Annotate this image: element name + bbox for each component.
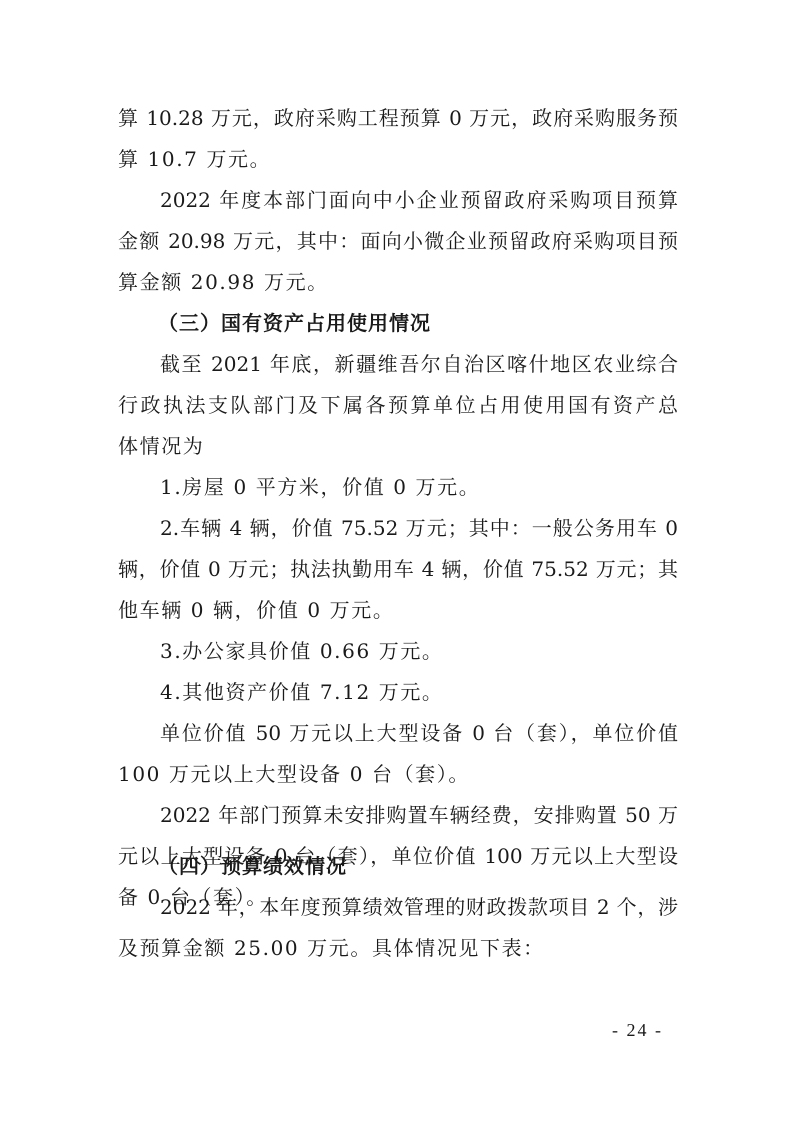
page-number: - 24 - <box>612 1020 663 1041</box>
paragraph-line: 2022 年部门预算未安排购置车辆经费，安排购置 50 万 <box>160 801 678 829</box>
document-page: 算 10.28 万元，政府采购工程预算 0 万元，政府采购服务预 算 10.7 … <box>0 0 793 1122</box>
paragraph-line: 算 10.7 万元。 <box>118 145 678 173</box>
paragraph-line: 截至 2021 年底，新疆维吾尔自治区喀什地区农业综合 <box>160 350 678 378</box>
section-heading-performance: （四）预算绩效情况 <box>158 852 718 880</box>
paragraph-line: 他车辆 0 辆，价值 0 万元。 <box>118 596 678 624</box>
list-item-vehicles: 2.车辆 4 辆，价值 75.52 万元；其中：一般公务用车 0 <box>160 514 678 542</box>
list-item-housing: 1.房屋 0 平方米，价值 0 万元。 <box>160 473 678 501</box>
paragraph-line: 算金额 20.98 万元。 <box>118 268 678 296</box>
paragraph-line: 体情况为 <box>118 432 678 460</box>
paragraph-line: 辆，价值 0 万元；执法执勤用车 4 辆，价值 75.52 万元；其 <box>118 555 678 583</box>
paragraph-line: 行政执法支队部门及下属各预算单位占用使用国有资产总 <box>118 391 678 419</box>
paragraph-line: 及预算金额 25.00 万元。具体情况见下表： <box>118 934 678 962</box>
list-item-other-assets: 4.其他资产价值 7.12 万元。 <box>160 678 678 706</box>
paragraph-line: 算 10.28 万元，政府采购工程预算 0 万元，政府采购服务预 <box>118 104 678 132</box>
section-heading-assets: （三）国有资产占用使用情况 <box>158 309 718 337</box>
paragraph-line: 单位价值 50 万元以上大型设备 0 台（套），单位价值 <box>160 719 678 747</box>
paragraph-line: 2022 年，本年度预算绩效管理的财政拨款项目 2 个，涉 <box>160 893 678 921</box>
list-item-furniture: 3.办公家具价值 0.66 万元。 <box>160 637 678 665</box>
paragraph-line: 2022 年度本部门面向中小企业预留政府采购项目预算 <box>160 186 678 214</box>
paragraph-line: 100 万元以上大型设备 0 台（套）。 <box>118 760 678 788</box>
paragraph-line: 金额 20.98 万元，其中：面向小微企业预留政府采购项目预 <box>118 227 678 255</box>
